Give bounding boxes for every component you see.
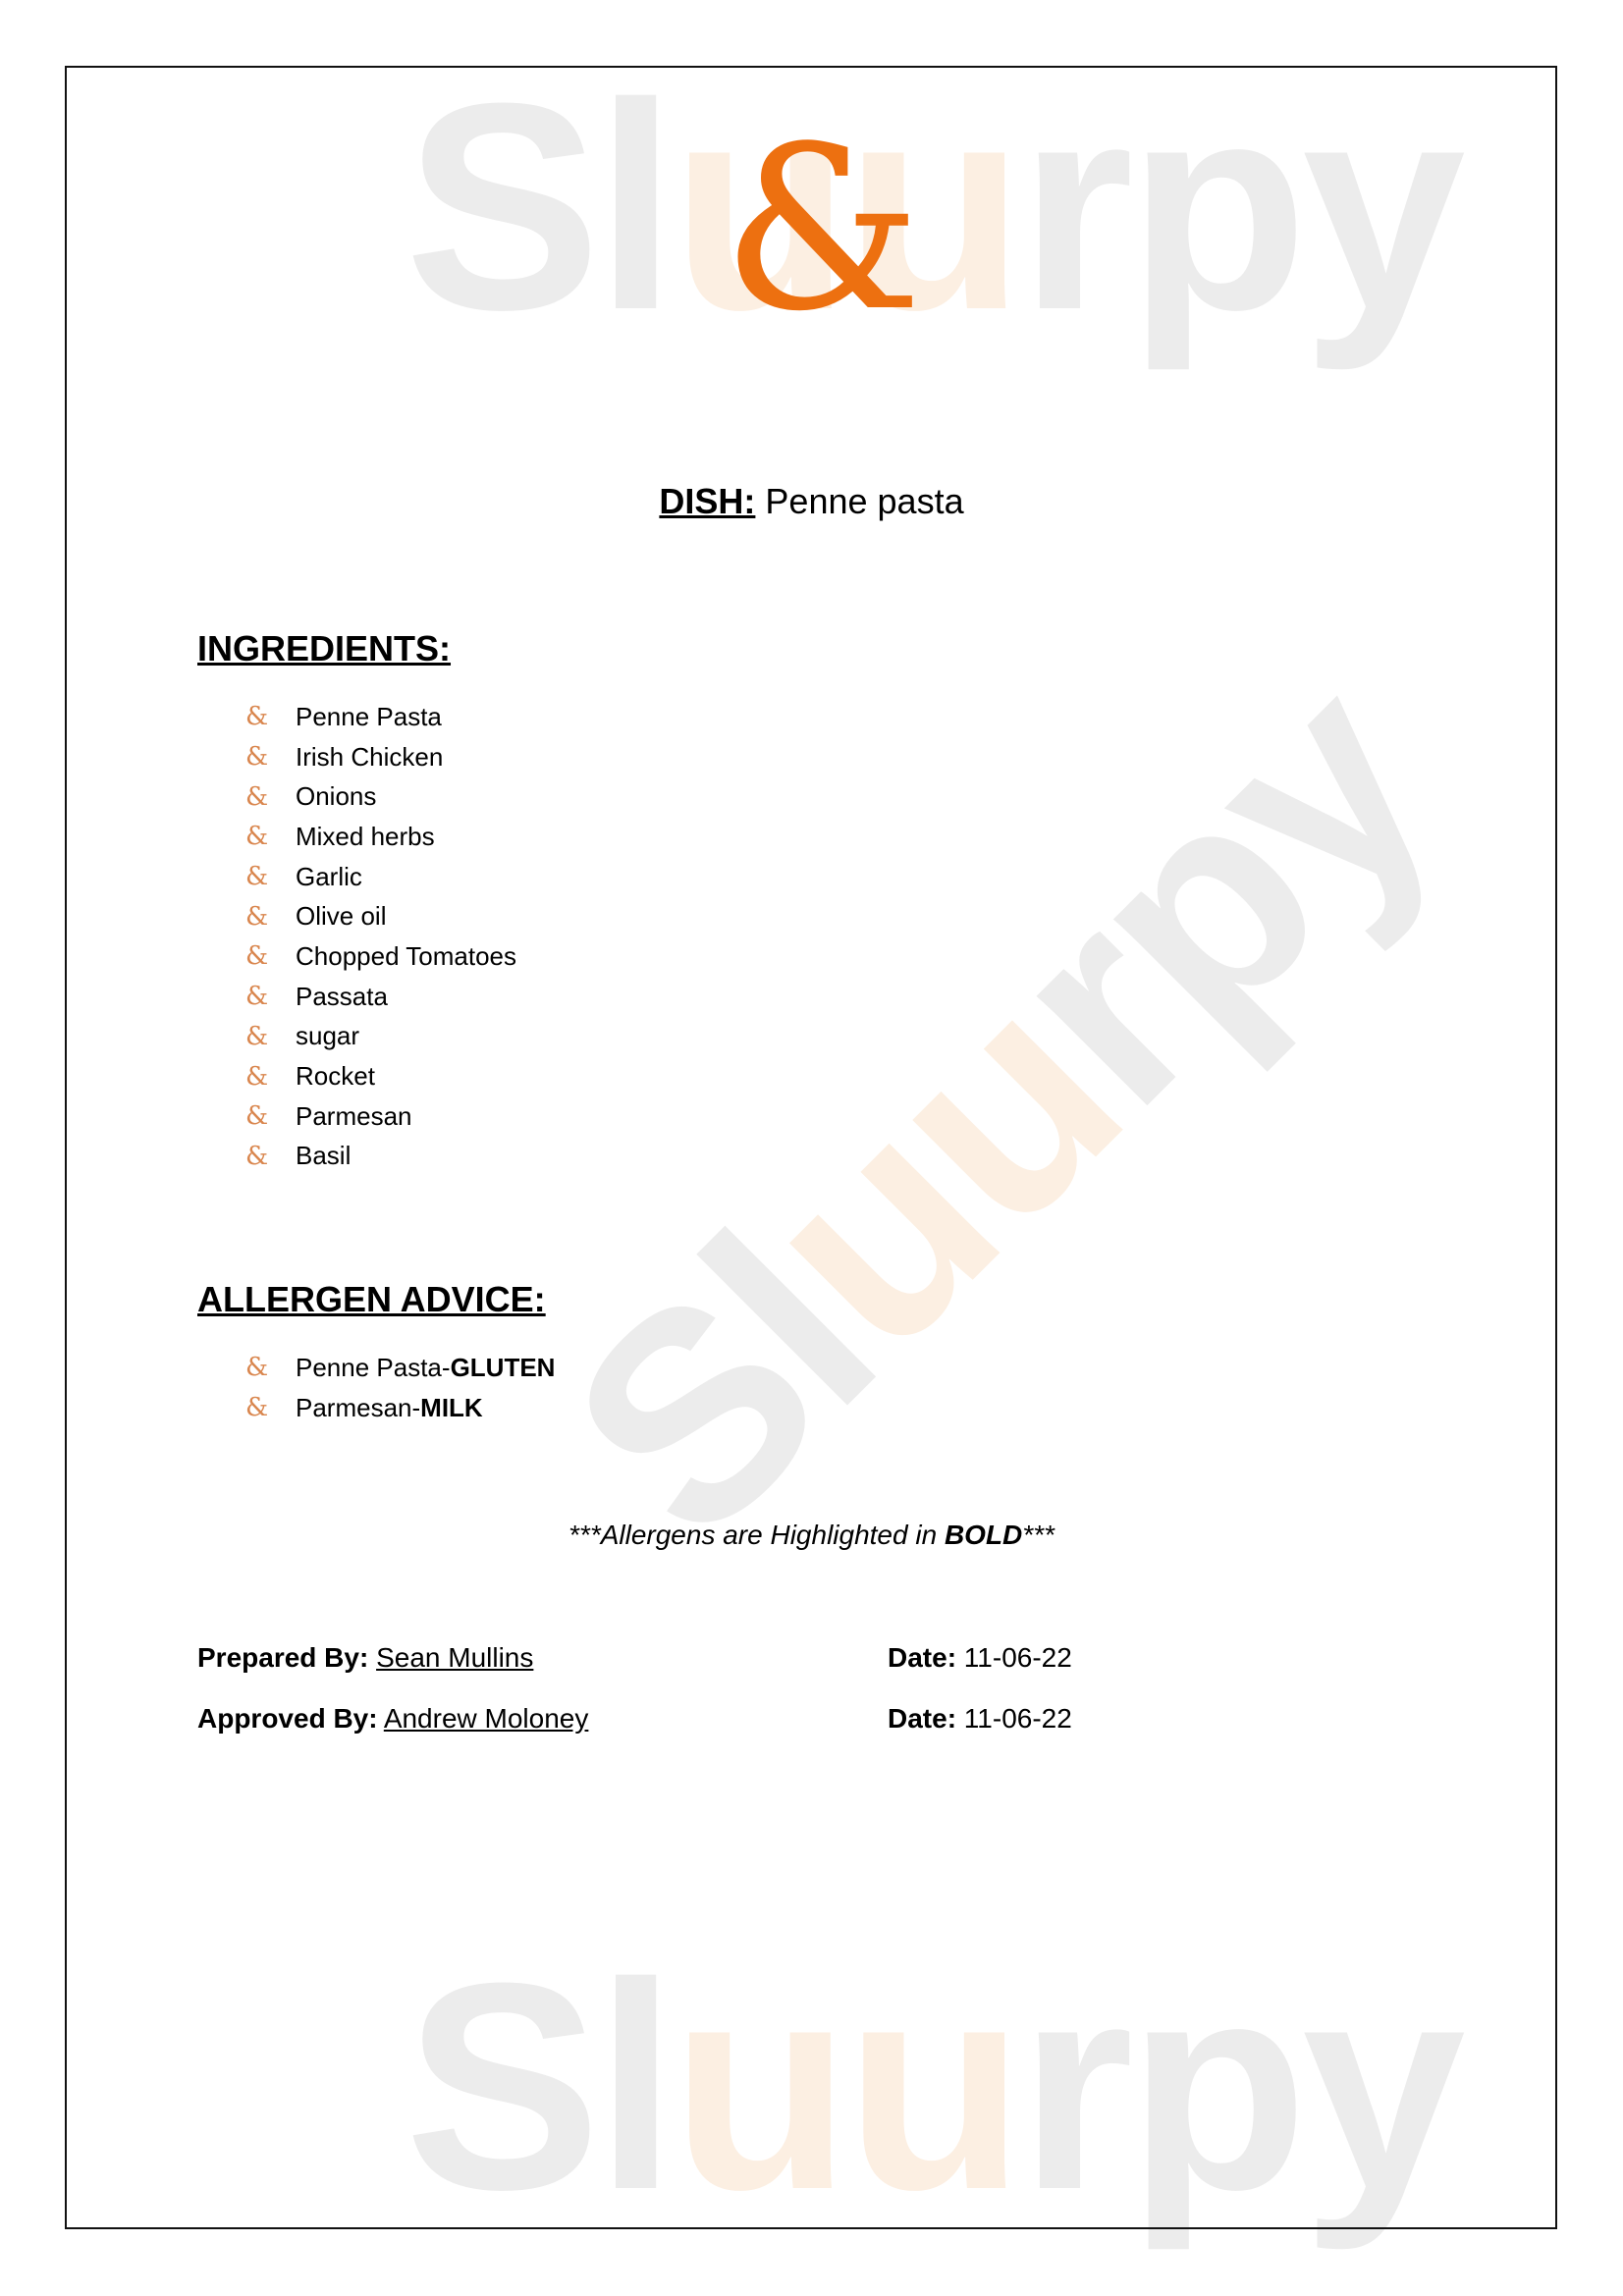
ingredient-item: &Penne Pasta: [245, 697, 516, 737]
prepared-date: Date: 11-06-22: [888, 1642, 1072, 1674]
ingredient-name: Olive oil: [296, 901, 386, 932]
ingredient-name: Irish Chicken: [296, 742, 443, 773]
allergen-name: MILK: [420, 1393, 483, 1423]
ingredient-name: Mixed herbs: [296, 822, 435, 852]
ingredient-name: Onions: [296, 781, 376, 812]
ampersand-bullet-icon: &: [245, 1142, 296, 1171]
ingredient-item: &Basil: [245, 1137, 516, 1177]
ingredient-item: &Passata: [245, 977, 516, 1017]
ampersand-bullet-icon: &: [245, 1101, 296, 1131]
ampersand-bullet-icon: &: [245, 782, 296, 812]
ingredient-name: sugar: [296, 1021, 359, 1051]
ampersand-bullet-icon: &: [245, 1022, 296, 1051]
ingredients-heading: INGREDIENTS:: [197, 628, 451, 669]
allergen-source: Penne Pasta-: [296, 1353, 451, 1383]
ingredient-name: Basil: [296, 1141, 351, 1171]
ingredient-item: &Onions: [245, 776, 516, 817]
ampersand-bullet-icon: &: [245, 902, 296, 932]
ampersand-bullet-icon: &: [245, 702, 296, 731]
ampersand-bullet-icon: &: [245, 822, 296, 851]
ingredient-name: Passata: [296, 982, 388, 1012]
ampersand-bullet-icon: &: [245, 742, 296, 772]
ingredient-item: &Garlic: [245, 857, 516, 897]
ingredient-item: &Rocket: [245, 1056, 516, 1096]
ampersand-bullet-icon: &: [245, 862, 296, 891]
allergen-heading: ALLERGEN ADVICE:: [197, 1279, 546, 1320]
ampersand-bullet-icon: &: [245, 1062, 296, 1092]
ingredient-name: Penne Pasta: [296, 702, 442, 732]
ingredient-name: Garlic: [296, 862, 362, 892]
prepared-by: Prepared By: Sean Mullins: [197, 1642, 533, 1674]
dish-name: Penne pasta: [765, 481, 963, 521]
ingredient-name: Parmesan: [296, 1101, 412, 1132]
ampersand-logo-icon: &: [722, 118, 923, 344]
ingredient-item: &Parmesan: [245, 1096, 516, 1137]
ingredient-item: &Olive oil: [245, 896, 516, 936]
dish-value: [755, 481, 765, 521]
allergen-name: GLUTEN: [451, 1353, 556, 1383]
approved-date: Date: 11-06-22: [888, 1703, 1072, 1735]
dish-title: DISH: Penne pasta: [0, 481, 1623, 522]
ampersand-bullet-icon: &: [245, 982, 296, 1011]
ingredient-name: Rocket: [296, 1061, 375, 1092]
allergen-note: ***Allergens are Highlighted in BOLD***: [0, 1520, 1623, 1551]
allergen-source: Parmesan-: [296, 1393, 420, 1423]
ingredient-item: &Chopped Tomatoes: [245, 936, 516, 977]
ampersand-bullet-icon: &: [245, 941, 296, 971]
ingredient-item: &Mixed herbs: [245, 817, 516, 857]
dish-label: DISH:: [659, 481, 755, 521]
ampersand-bullet-icon: &: [245, 1393, 296, 1422]
approved-by-name: Andrew Moloney: [384, 1703, 589, 1734]
ingredient-item: &Irish Chicken: [245, 737, 516, 777]
allergen-list: &Penne Pasta- GLUTEN&Parmesan- MILK: [245, 1348, 555, 1427]
prepared-by-name: Sean Mullins: [376, 1642, 533, 1673]
allergen-item: &Parmesan- MILK: [245, 1388, 555, 1428]
approved-by: Approved By: Andrew Moloney: [197, 1703, 588, 1735]
ingredient-item: &sugar: [245, 1017, 516, 1057]
allergen-item: &Penne Pasta- GLUTEN: [245, 1348, 555, 1388]
ingredient-name: Chopped Tomatoes: [296, 941, 516, 972]
ingredients-list: &Penne Pasta&Irish Chicken&Onions&Mixed …: [245, 697, 516, 1176]
ampersand-bullet-icon: &: [245, 1353, 296, 1382]
